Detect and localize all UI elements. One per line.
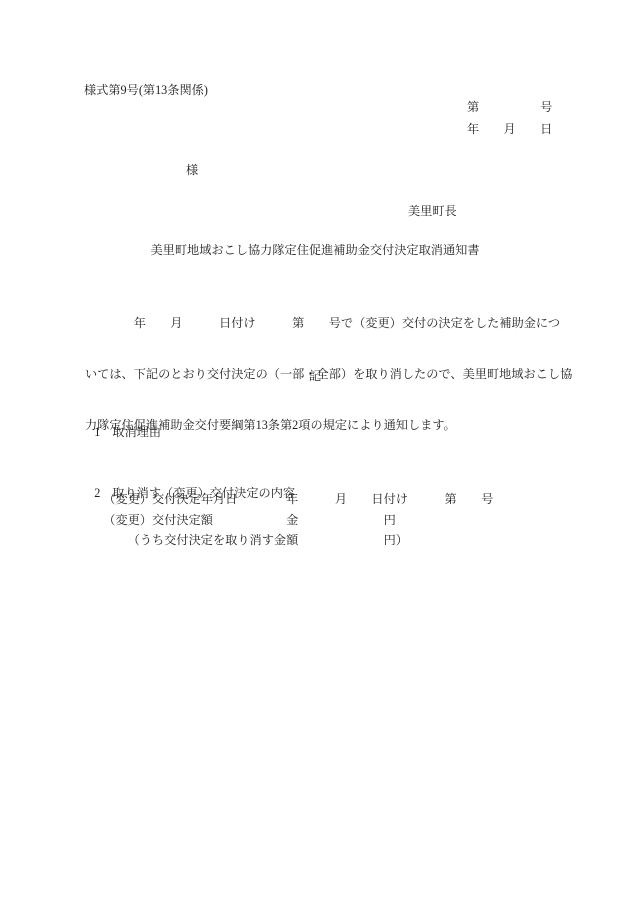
decision-amount-blank-line: （変更）交付決定額 金 円 [85, 513, 396, 528]
document-page: 様式第9号(第13条関係) 第 号 年 月 日 様 美里町長 美里町地域おこし協… [0, 0, 630, 903]
document-title: 美里町地域おこし協力隊定住促進補助金交付決定取消通知書 [0, 243, 630, 258]
record-marker: 記 [0, 369, 630, 384]
form-number-line: 様式第9号(第13条関係) [84, 83, 208, 98]
section-1-cancellation-reason: 1取消理由 [82, 410, 161, 455]
section-number: 1 [94, 425, 100, 440]
cancelled-amount-blank-line: （うち交付決定を取り消す金額 円） [85, 533, 408, 548]
addressee-honorific: 様 [186, 163, 198, 178]
section-heading: 取消理由 [112, 425, 161, 440]
sender-title: 美里町長 [408, 204, 457, 219]
body-line: 年 月 日付け 第 号で（変更）交付の決定をした補助金につ [85, 316, 585, 337]
date-blank-line: 年 月 日 [467, 122, 552, 137]
doc-number-blank-line: 第 号 [467, 100, 552, 115]
decision-date-blank-line: （変更）交付決定年月日 年 月 日付け 第 号 [85, 492, 493, 507]
